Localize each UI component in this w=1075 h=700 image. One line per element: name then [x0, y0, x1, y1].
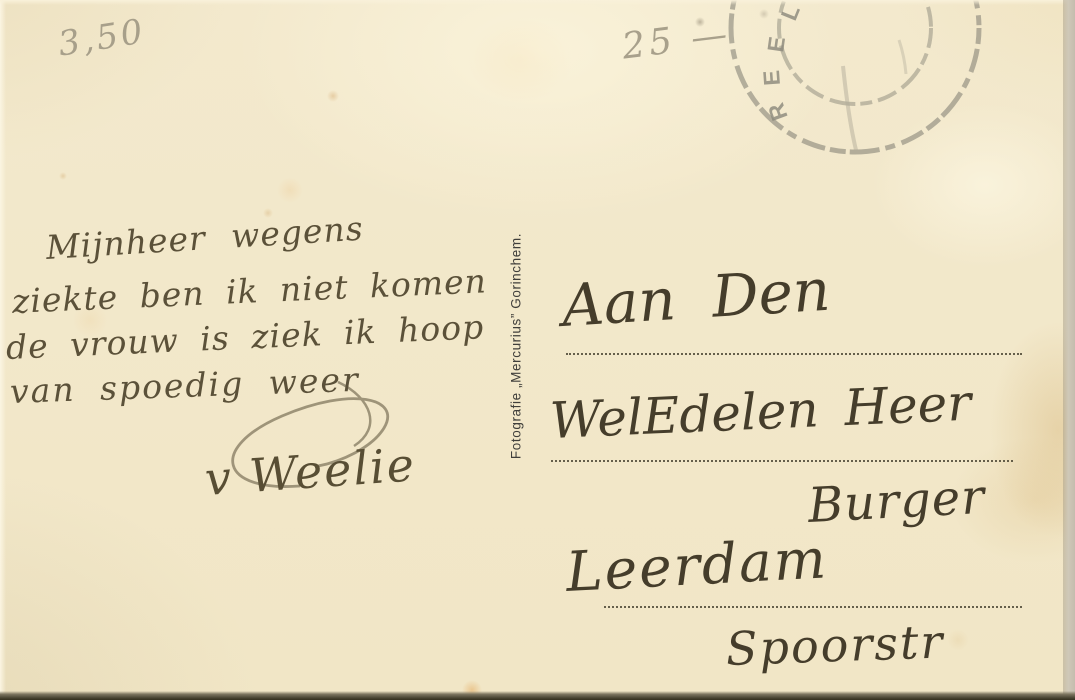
address-dotted-line — [604, 606, 1022, 608]
message-line-1: Mijnheer wegens — [45, 209, 365, 267]
postmark-letter: E — [758, 69, 785, 86]
card-edge-bottom — [0, 691, 1075, 700]
message-line-4: van spoedig weer — [9, 360, 360, 411]
postcard-back: L E E R 3,50 25 — Mijnheer wegens ziekte… — [0, 0, 1075, 700]
publisher-imprint: Fotografie „Mercurius” Gorinchem. — [509, 233, 524, 459]
card-edge-top — [0, 0, 1075, 5]
address-line-aan-den: Aan Den — [560, 256, 832, 340]
card-edge-left — [0, 0, 6, 700]
address-dotted-line — [566, 353, 1022, 355]
address-dotted-line — [551, 460, 1013, 462]
postmark-letter: R — [762, 99, 792, 124]
address-line-spoorstr: Spoorstr — [725, 614, 945, 676]
pencil-price-center: 25 — — [620, 13, 733, 67]
address-line-burger: Burger — [807, 469, 987, 534]
address-line-leerdam: Leerdam — [564, 526, 829, 604]
postmark-stamp-icon: L E E R — [700, 0, 1040, 175]
postmark-letter: E — [762, 35, 790, 54]
pencil-price-left: 3,50 — [55, 11, 148, 64]
address-line-weledelen-heer: WelEdelen Heer — [549, 374, 972, 450]
message-signature: v Weelie — [203, 437, 417, 506]
card-edge-right — [1063, 0, 1075, 700]
